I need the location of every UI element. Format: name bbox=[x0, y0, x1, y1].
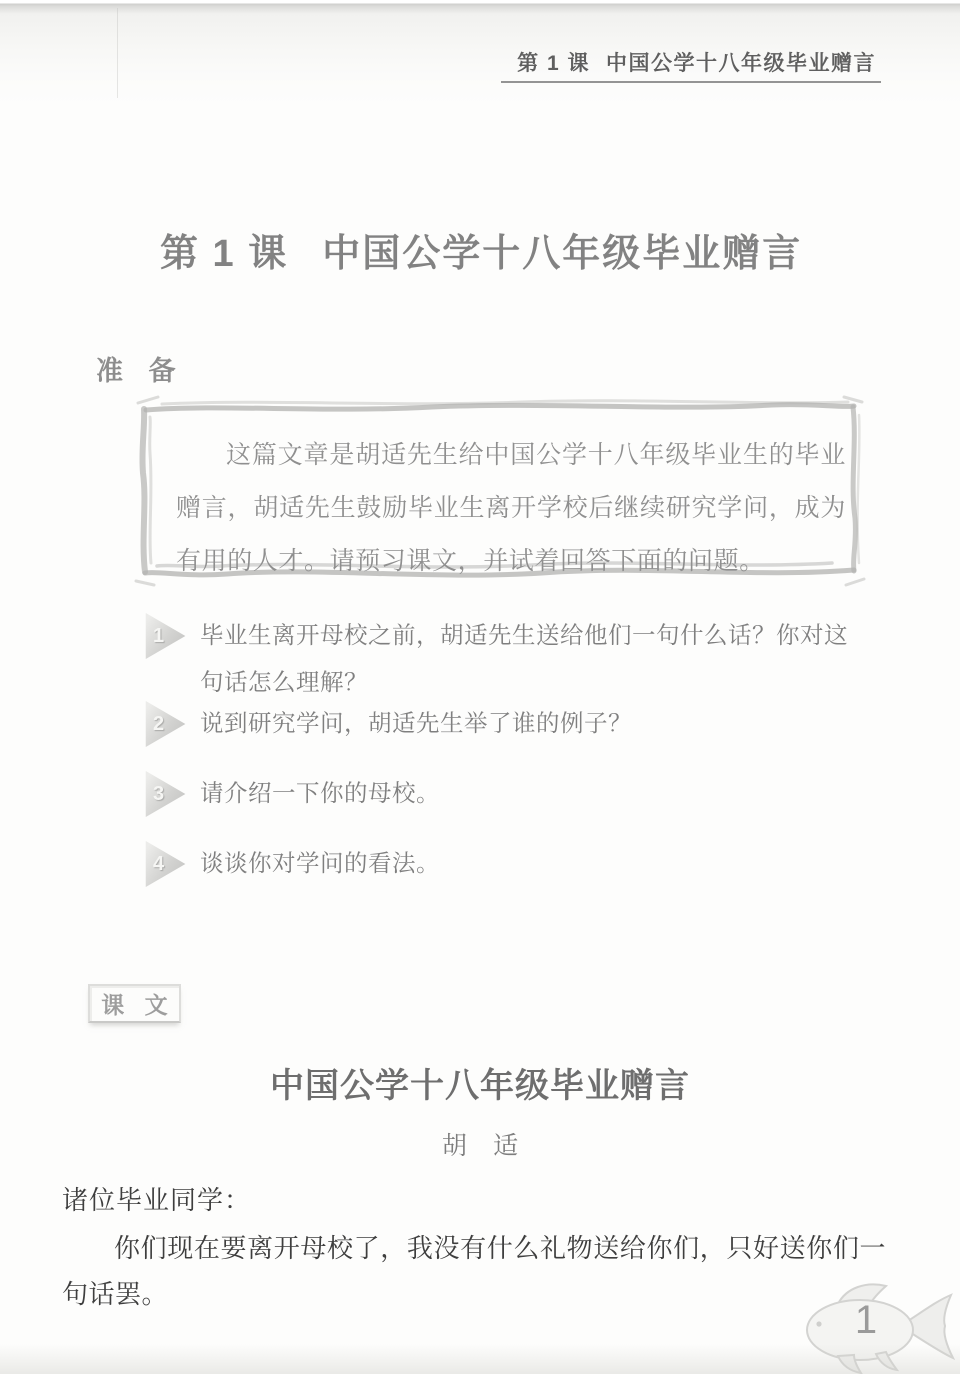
lesson-number: 第 1 课 bbox=[160, 233, 288, 275]
intro-box: 这篇文章是胡适先生给中国公学十八年级毕业生的毕业赠言，胡适先生鼓励毕业生离开学校… bbox=[142, 403, 857, 579]
triangle-marker-icon: 1 bbox=[144, 612, 190, 662]
question-text: 请介绍一下你的母校。 bbox=[200, 770, 860, 817]
running-header-title: 中国公学十八年级毕业赠言 bbox=[606, 52, 876, 75]
lesson-title-text: 中国公学十八年级毕业赠言 bbox=[322, 233, 802, 275]
question-item-4: 4 谈谈你对学问的看法。 bbox=[144, 840, 874, 887]
triangle-marker-icon: 2 bbox=[144, 700, 190, 750]
article-title: 中国公学十八年级毕业赠言 bbox=[0, 1058, 960, 1107]
question-text: 说到研究学问，胡适先生举了谁的例子？ bbox=[200, 700, 860, 747]
scan-bottom-edge bbox=[0, 1344, 960, 1374]
triangle-shape bbox=[144, 700, 188, 748]
prepare-intro-text: 这篇文章是胡适先生给中国公学十八年级毕业生的毕业赠言，胡适先生鼓励毕业生离开学校… bbox=[142, 403, 857, 587]
question-number: 1 bbox=[153, 625, 164, 648]
scan-crease bbox=[117, 8, 118, 98]
textbook-page: 第 1 课中国公学十八年级毕业赠言 第 1 课中国公学十八年级毕业赠言 准 备 bbox=[0, 0, 960, 1374]
triangle-marker-icon: 4 bbox=[144, 840, 190, 890]
triangle-shape bbox=[144, 770, 188, 818]
question-item-3: 3 请介绍一下你的母校。 bbox=[144, 770, 874, 817]
prepare-section-label: 准 备 bbox=[96, 349, 185, 388]
article-paragraph: 你们现在要离开母校了，我没有什么礼物送给你们，只好送你们一句话罢。 bbox=[62, 1226, 886, 1318]
triangle-shape bbox=[144, 840, 188, 888]
running-header-rule bbox=[501, 81, 881, 83]
question-number: 3 bbox=[153, 783, 164, 806]
article-salutation: 诸位毕业同学： bbox=[62, 1180, 251, 1217]
question-item-1: 1 毕业生离开母校之前，胡适先生送给他们一句什么话？你对这句话怎么理解？ bbox=[144, 612, 874, 706]
page-number: 1 bbox=[846, 1298, 886, 1343]
lesson-title: 第 1 课中国公学十八年级毕业赠言 bbox=[160, 222, 802, 277]
triangle-marker-icon: 3 bbox=[144, 770, 190, 820]
running-header: 第 1 课中国公学十八年级毕业赠言 bbox=[517, 47, 876, 77]
text-section-label: 课 文 bbox=[88, 984, 181, 1023]
question-text: 谈谈你对学问的看法。 bbox=[200, 840, 860, 887]
question-item-2: 2 说到研究学问，胡适先生举了谁的例子？ bbox=[144, 700, 874, 747]
question-number: 2 bbox=[153, 713, 164, 736]
running-header-lesson-no: 第 1 课 bbox=[517, 52, 590, 75]
article-author: 胡 适 bbox=[0, 1126, 960, 1162]
triangle-shape bbox=[144, 612, 188, 660]
question-number: 4 bbox=[153, 853, 164, 876]
question-text: 毕业生离开母校之前，胡适先生送给他们一句什么话？你对这句话怎么理解？ bbox=[200, 612, 860, 706]
